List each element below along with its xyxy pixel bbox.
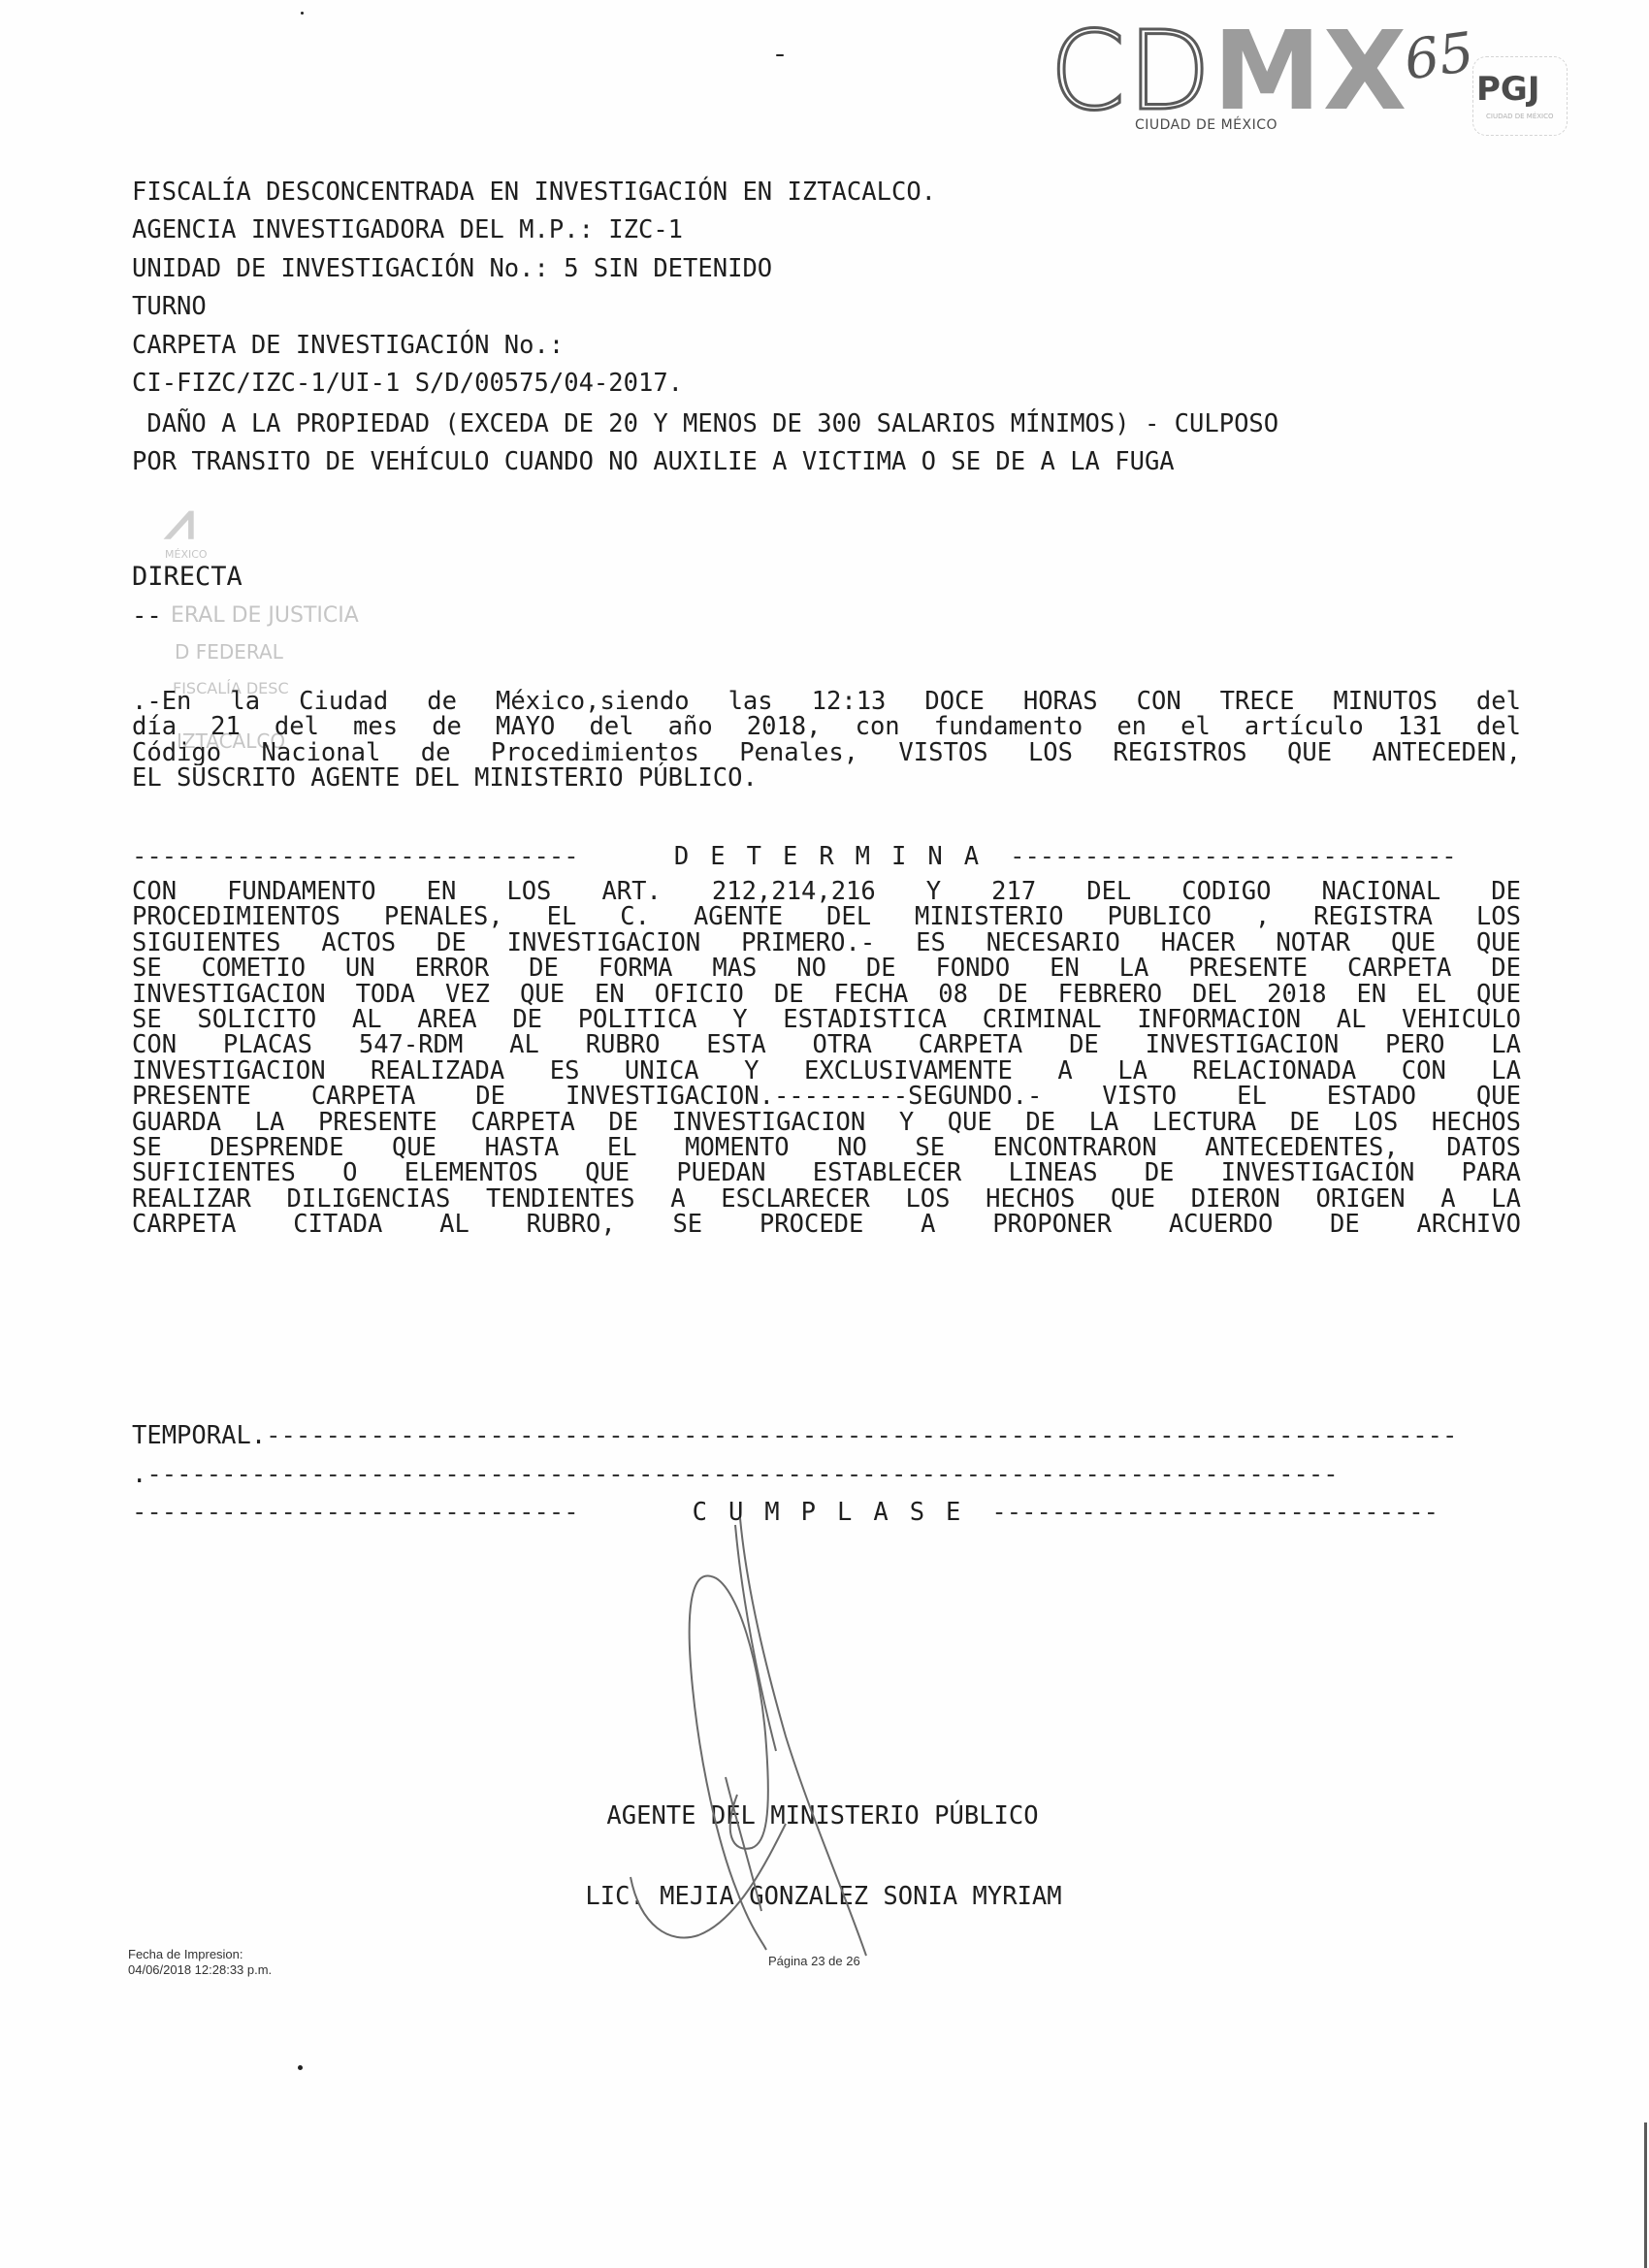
logo-subtitle: CIUDAD DE MÉXICO [1135,117,1277,133]
header-agencia: AGENCIA INVESTIGADORA DEL M.P.: IZC-1 [132,217,683,243]
intro-line: día 21 del mes de MAYO del año 2018, con… [132,714,1521,739]
print-date-label: Fecha de Impresion: [128,1947,272,1962]
dash-rule: ----------------------------------------… [266,1421,1521,1450]
body-line: PROCEDIMIENTOS PENALES, EL C. AGENTE DEL… [132,904,1521,929]
offense-line-1: DAÑO A LA PROPIEDAD (EXCEDA DE 20 Y MENO… [132,411,1278,437]
scan-speck [776,54,784,56]
intro-paragraph: .-En la Ciudad de México,siendo las 12:1… [132,689,1521,792]
body-line: GUARDA LA PRESENTE CARPETA DE INVESTIGAC… [132,1110,1521,1135]
logo-brand-bold: MX [1212,9,1408,135]
header-carpeta-number: CI-FIZC/IZC-1/UI-1 S/D/00575/04-2017. [132,371,683,396]
stamp-line-1: MÉXICO [165,548,208,561]
body-line: SE DESPRENDE QUE HASTA EL MOMENTO NO SE … [132,1135,1521,1160]
dash-rule-left: ------------------------------ [132,842,643,871]
header-turno: TURNO [132,294,207,319]
body-line: INVESTIGACION TODA VEZ QUE EN OFICIO DE … [132,982,1521,1007]
scan-speck [298,2065,303,2070]
body-line: SUFICIENTES O ELEMENTOS QUE PUEDAN ESTAB… [132,1160,1521,1185]
cdmx-logo: CDMX [1050,17,1408,126]
determina-heading: ------------------------------ DETERMINA… [132,844,1521,869]
body-line: PRESENTE CARPETA DE INVESTIGACION.------… [132,1084,1521,1109]
dash-rule-left: ------------------------------ [132,1498,662,1527]
determina-word: DETERMINA [643,842,1010,871]
handwritten-folio-number: 65 [1401,20,1478,92]
stamp-emblem-icon: ⩘ [165,490,194,552]
body-line: CON FUNDAMENTO EN LOS ART. 212,214,216 Y… [132,879,1521,904]
pgj-badge-sublabel: CIUDAD DE MÉXICO [1486,113,1554,120]
determination-body: CON FUNDAMENTO EN LOS ART. 212,214,216 Y… [132,879,1521,1237]
document-page: CDMX CIUDAD DE MÉXICO 65 PGJ CIUDAD DE M… [0,0,1649,2268]
signatory-name: LIC. MEJIA GONZALEZ SONIA MYRIAM [0,1882,1648,1911]
header-fiscalia: FISCALÍA DESCONCENTRADA EN INVESTIGACIÓN… [132,179,936,205]
cumplase-word: CUMPLASE [662,1498,992,1527]
body-line: SIGUIENTES ACTOS DE INVESTIGACION PRIMER… [132,930,1521,956]
signatory-title: AGENTE DEL MINISTERIO PÚBLICO [0,1801,1647,1831]
pgj-badge-label: PGJ [1476,70,1539,109]
logo-brand-light: CD [1050,9,1212,135]
body-line: SE COMETIO UN ERROR DE FORMA MAS NO DE F… [132,956,1521,981]
header-carpeta-label: CARPETA DE INVESTIGACIÓN No.: [132,333,564,358]
scan-speck [301,12,304,15]
dash-rule-right: ------------------------------ [1010,842,1521,871]
cumplase-heading: ------------------------------ CUMPLASE … [132,1500,1521,1525]
type-label: DIRECTA [132,565,242,590]
body-line: CON PLACAS 547-RDM AL RUBRO ESTA OTRA CA… [132,1032,1521,1057]
temporal-line: TEMPORAL. ------------------------------… [132,1423,1521,1448]
body-line: SE SOLICITO AL AREA DE POLITICA Y ESTADI… [132,1007,1521,1032]
dot-dash-line: . --------------------------------------… [132,1462,1521,1487]
temporal-text: TEMPORAL. [132,1421,266,1450]
body-line: INVESTIGACION REALIZADA ES UNICA Y EXCLU… [132,1058,1521,1084]
intro-line-last: EL SUSCRITO AGENTE DEL MINISTERIO PÚBLIC… [132,765,1521,791]
offense-line-2: POR TRANSITO DE VEHÍCULO CUANDO NO AUXIL… [132,449,1175,474]
intro-line: .-En la Ciudad de México,siendo las 12:1… [132,689,1521,714]
stamp-line-2: ERAL DE JUSTICIA [171,603,359,628]
intro-line: Código Nacional de Procedimientos Penale… [132,740,1521,765]
stamp-line-3: D FEDERAL [175,640,283,664]
dash-rule-right: ------------------------------ [991,1498,1521,1527]
dash-rule: ----------------------------------------… [146,1460,1521,1489]
header-unidad: UNIDAD DE INVESTIGACIÓN No.: 5 SIN DETEN… [132,256,772,281]
body-line: CARPETA CITADA AL RUBRO, SE PROCEDE A PR… [132,1212,1521,1237]
page-number: Página 23 de 26 [768,1954,860,1968]
body-line: REALIZAR DILIGENCIAS TENDIENTES A ESCLAR… [132,1186,1521,1212]
type-dashes: -- [132,603,162,629]
dot-text: . [132,1460,146,1489]
print-date-block: Fecha de Impresion: 04/06/2018 12:28:33 … [128,1947,272,1978]
print-date-value: 04/06/2018 12:28:33 p.m. [128,1962,272,1978]
scan-edge-shadow [1644,2122,1647,2268]
